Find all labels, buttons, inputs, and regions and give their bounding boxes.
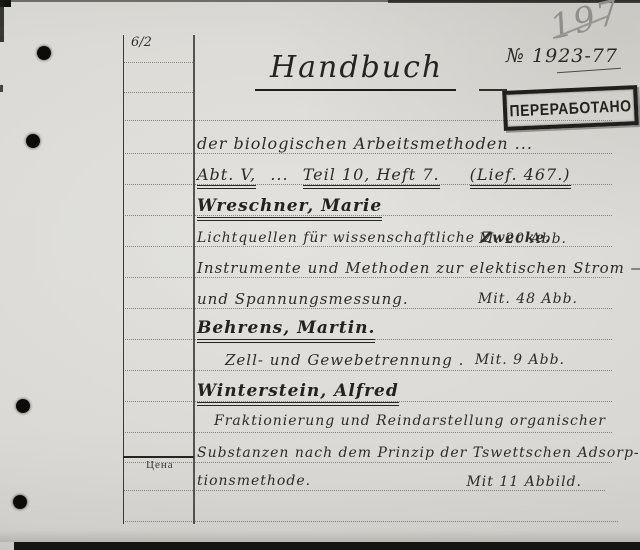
ruled-dotted-line	[123, 462, 612, 463]
entry-line: tionsmethode. Mit 11 Abbild.	[197, 473, 600, 489]
entry-segment: Abt. V,	[197, 165, 256, 189]
author-name-text: Wreschner, Marie	[197, 196, 382, 221]
margin-column-rule-right	[193, 35, 195, 524]
entry-text: und Spannungsmessung.	[197, 290, 409, 308]
ruled-dotted-line	[123, 277, 612, 278]
author-name: Behrens, Martin.	[197, 318, 600, 338]
entry-line: Fraktionierung und Reindarstellung organ…	[214, 413, 600, 429]
author-name-text: Winterstein, Alfred	[197, 381, 399, 406]
entry-illustrations-note: Mit 11 Abbild.	[466, 474, 582, 490]
margin-column-rule-left	[123, 35, 124, 524]
verification-stamp: ПЕРЕРАБОТАНО	[502, 85, 639, 131]
ruled-dotted-line	[123, 153, 612, 154]
entry-illustrations-note: Mit. 9 Abb.	[475, 352, 565, 368]
entry-text: tionsmethode.	[197, 473, 311, 489]
punch-hole	[37, 46, 51, 60]
entry-text: Lichtquellen für wissenschaftliche	[197, 230, 475, 246]
entry-illustrations-note: M. 20 Abb.	[479, 231, 567, 247]
page-title-underline-ext	[479, 89, 507, 91]
punch-hole	[26, 134, 40, 148]
entry-text: der biologischen Arbeitsmethoden ...	[197, 134, 533, 153]
entry-text: Substanzen nach dem Prinzip der Tswettsc…	[197, 445, 640, 461]
page-title-underline	[255, 89, 456, 91]
ruled-dotted-line	[123, 432, 612, 433]
scan-bottom-band	[14, 542, 640, 550]
ruled-dotted-line	[123, 308, 612, 309]
scan-left-mark	[0, 27, 4, 36]
entry-line: Abt. V, ... Teil 10, Heft 7. (Lief. 467.…	[197, 165, 600, 184]
catalog-card-scan: 6/2 Цена 197 № 1923-77 ПЕРЕРАБОТАНО Hand…	[0, 0, 640, 550]
author-name-text: Behrens, Martin.	[197, 318, 375, 343]
entry-segment: Teil 10, Heft 7.	[303, 165, 440, 189]
scan-bottom-shade	[0, 530, 640, 542]
record-number-underline	[557, 68, 621, 73]
ruled-dotted-line	[123, 490, 605, 491]
author-name: Winterstein, Alfred	[197, 381, 600, 401]
price-divider-line	[123, 456, 194, 458]
entry-line: Instrumente und Methoden zur elektischen…	[197, 259, 600, 277]
ruled-dotted-line	[123, 92, 193, 93]
price-label: Цена	[146, 459, 174, 471]
entry-text: Fraktionierung und Reindarstellung organ…	[214, 413, 606, 429]
ruled-dotted-line	[123, 62, 193, 63]
entry-segment: (Lief. 467.)	[470, 165, 571, 189]
entry-text: Zell- und Gewebetrennung .	[225, 351, 464, 369]
entry-text: Instrumente und Methoden zur elektischen…	[197, 259, 640, 277]
ruled-dotted-line	[123, 521, 618, 522]
author-name: Wreschner, Marie	[197, 196, 600, 216]
verification-stamp-text: ПЕРЕРАБОТАНО	[509, 96, 632, 120]
record-number: № 1923-77	[506, 45, 618, 67]
scan-left-mark	[0, 85, 3, 92]
entry-line: und Spannungsmessung. Mit. 48 Abb.	[197, 290, 600, 308]
entry-line: der biologischen Arbeitsmethoden ...	[197, 134, 600, 153]
margin-note: 6/2	[131, 35, 152, 50]
entry-illustrations-note: Mit. 48 Abb.	[478, 291, 578, 307]
entry-line: Lichtquellen für wissenschaftlicheZwecke…	[197, 230, 600, 246]
page-title: Handbuch	[270, 50, 443, 85]
punch-hole	[13, 495, 27, 509]
entry-line: Zell- und Gewebetrennung . Mit. 9 Abb.	[225, 351, 600, 369]
entry-line: Substanzen nach dem Prinzip der Tswettsc…	[197, 445, 600, 461]
entry-segment: ...	[270, 165, 288, 184]
punch-hole	[16, 399, 30, 413]
ruled-dotted-line	[123, 370, 612, 371]
